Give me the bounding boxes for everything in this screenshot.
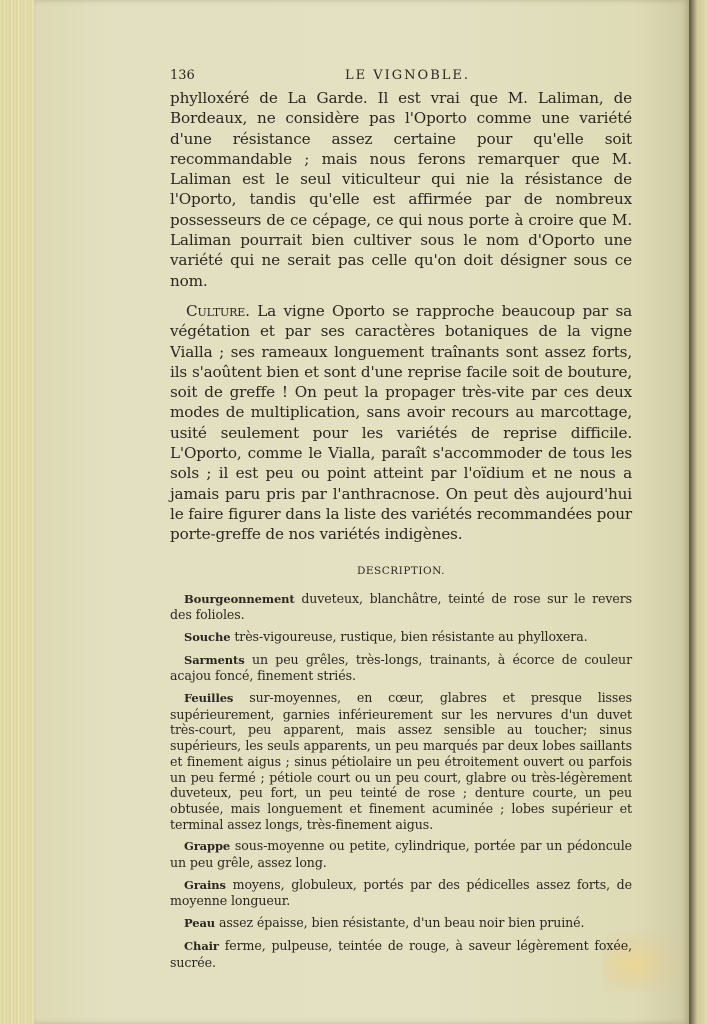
description-term: Feuilles xyxy=(184,691,233,705)
description-term: Souche xyxy=(184,630,230,644)
description-text: assez épaisse, bien résistante, d'un bea… xyxy=(215,915,584,930)
culture-lead: Culture. xyxy=(186,302,250,320)
description-item: Grappe sous-moyenne ou petite, cylindriq… xyxy=(170,838,632,870)
description-item: Feuilles sur-moyennes, en cœur, glabres … xyxy=(170,690,632,832)
page-number: 136 xyxy=(170,68,195,83)
running-title: LE VIGNOBLE. xyxy=(345,68,470,83)
paragraph-continuation: phylloxéré de La Garde. Il est vrai que … xyxy=(170,88,632,291)
description-item: Souche très-vigoureuse, rustique, bien r… xyxy=(170,629,632,646)
description-term: Bourgeonnement xyxy=(184,592,295,606)
description-item: Grains moyens, globuleux, portés par des… xyxy=(170,877,632,909)
description-text: sous-moyenne ou petite, cylindrique, por… xyxy=(170,838,632,870)
description-heading: DESCRIPTION. xyxy=(170,565,632,577)
description-text: moyens, globuleux, portés par des pédice… xyxy=(170,877,632,909)
description-item: Bourgeonnement duveteux, blanchâtre, tei… xyxy=(170,591,632,623)
description-term: Grappe xyxy=(184,839,230,853)
book-gutter xyxy=(689,0,707,1024)
description-item: Peau assez épaisse, bien résistante, d'u… xyxy=(170,915,632,932)
description-term: Grains xyxy=(184,878,226,892)
page-text-block: 136 LE VIGNOBLE. phylloxéré de La Garde.… xyxy=(170,60,632,976)
description-text: sur-moyennes, en cœur, glabres et presqu… xyxy=(170,690,632,832)
running-head: 136 LE VIGNOBLE. xyxy=(170,60,632,88)
paragraph-culture: Culture. La vigne Oporto se rapproche be… xyxy=(170,301,632,545)
description-item: Chair ferme, pulpeuse, teintée de rouge,… xyxy=(170,938,632,970)
culture-text: La vigne Oporto se rapproche beaucoup pa… xyxy=(170,302,632,543)
description-item: Sarments un peu grêles, très-longs, trai… xyxy=(170,652,632,684)
description-text: très-vigoureuse, rustique, bien résistan… xyxy=(230,629,587,644)
description-text: ferme, pulpeuse, teintée de rouge, à sav… xyxy=(170,938,632,970)
description-term: Sarments xyxy=(184,653,245,667)
description-term: Peau xyxy=(184,916,215,930)
description-term: Chair xyxy=(184,939,219,953)
